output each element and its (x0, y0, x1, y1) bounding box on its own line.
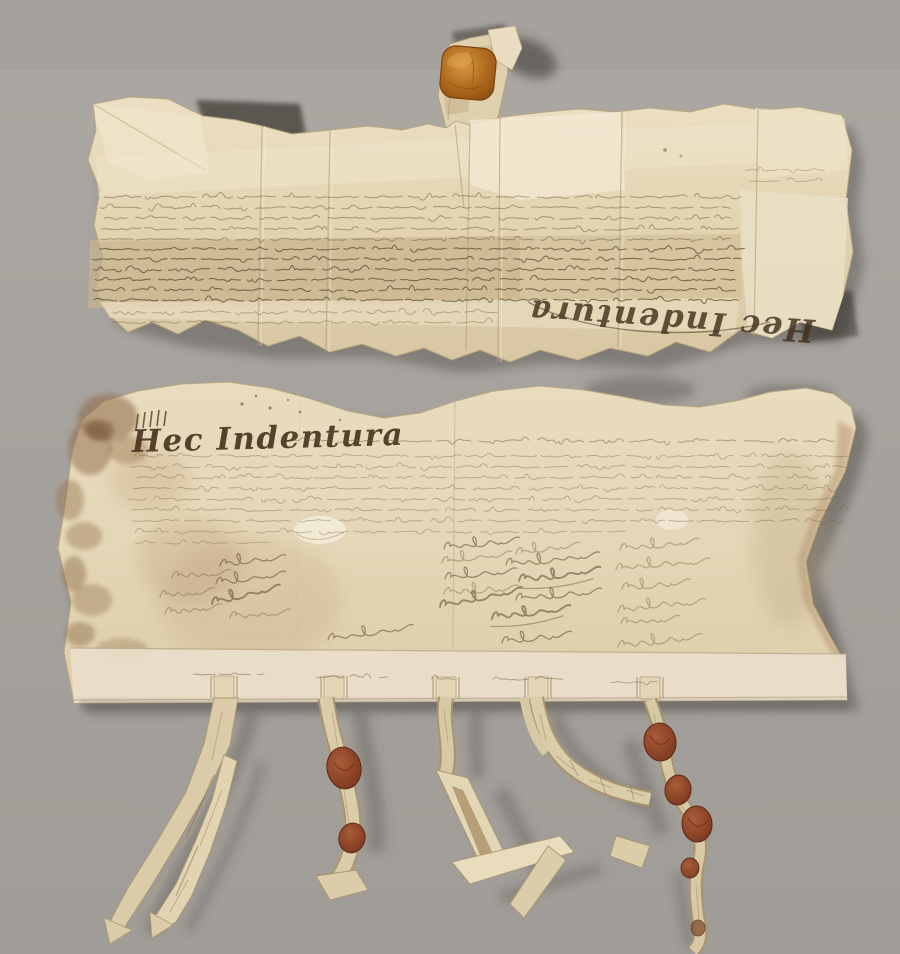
heading-text: Hec Indentura (130, 417, 404, 460)
red-wax-seal-fragment (681, 858, 699, 878)
plica (70, 648, 847, 703)
wax-fragment (691, 920, 705, 936)
top-document: Hec Indentura (88, 97, 853, 362)
raised-panel (470, 112, 625, 200)
photo-canvas: Hec Indentura (0, 0, 900, 954)
photograph-of-parchment-indentures: Hec Indentura (0, 0, 900, 954)
bottom-document: Hec Indentura (56, 382, 856, 703)
plica-cast-shadow (80, 700, 846, 710)
